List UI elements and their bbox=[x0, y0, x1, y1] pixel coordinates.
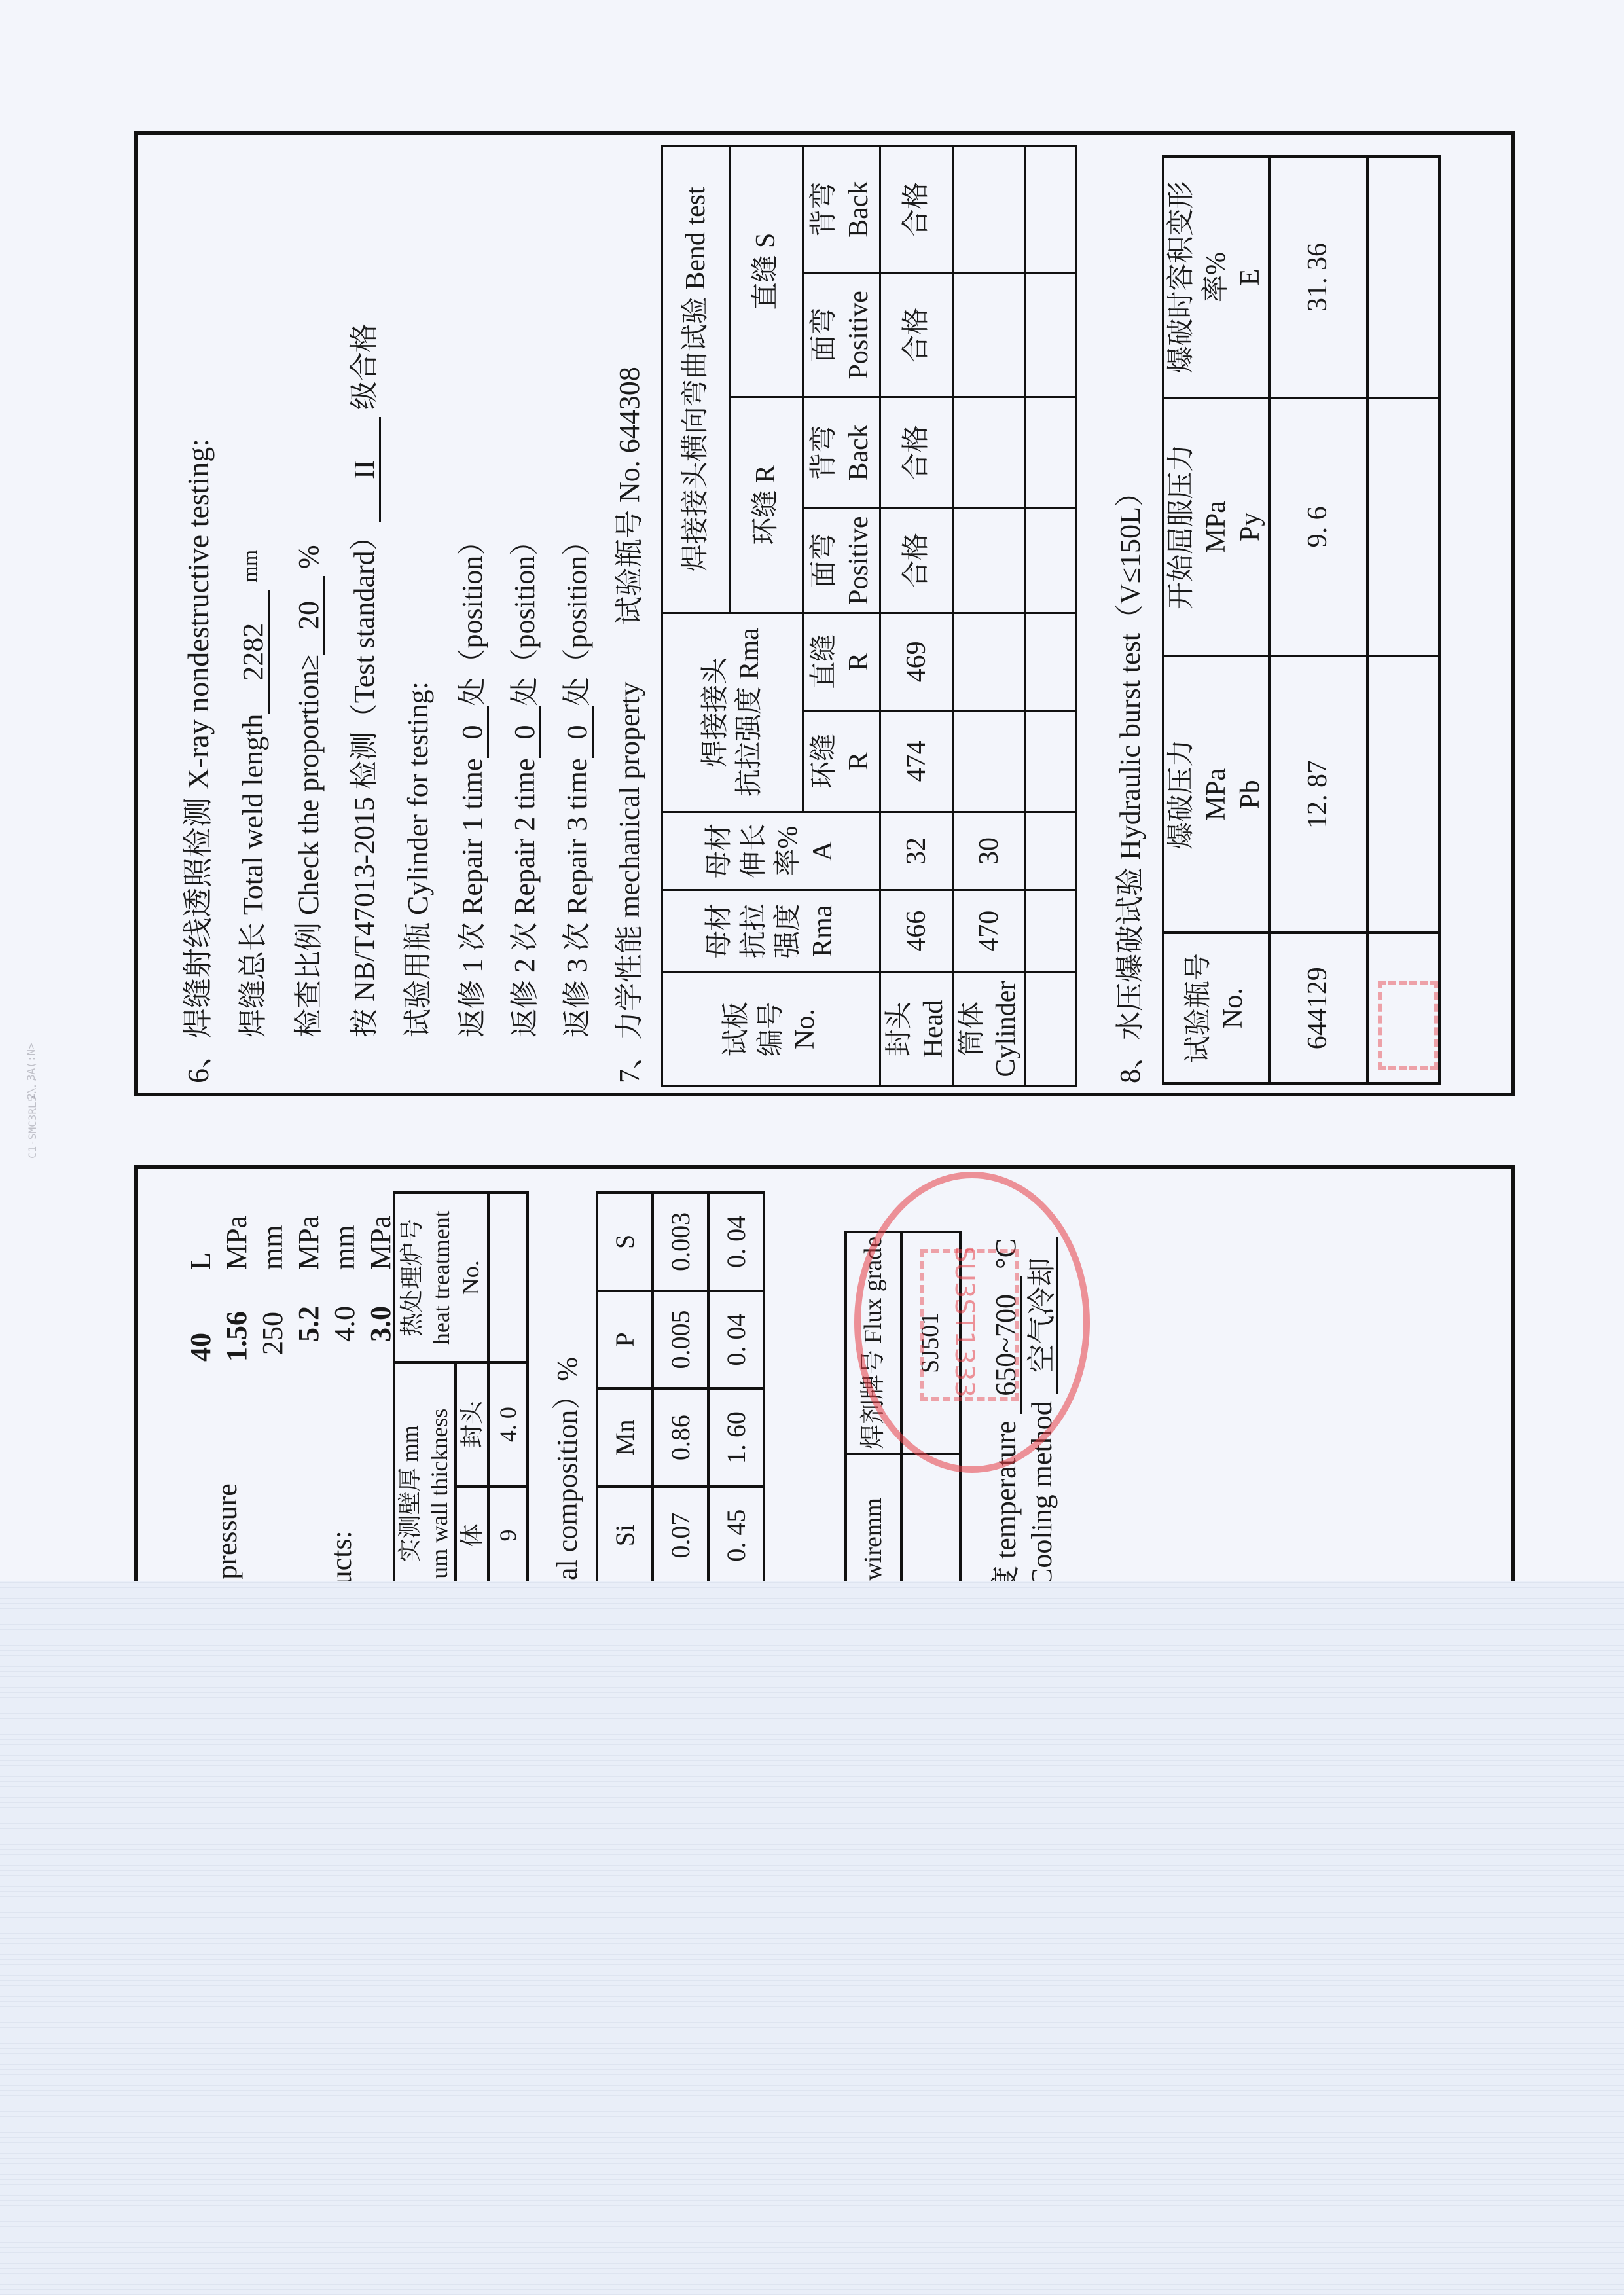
upper-page: 6、焊缝射线透照检测 X-ray nondestructive testing:… bbox=[134, 131, 1515, 1096]
cell-ring-back bbox=[1026, 397, 1076, 509]
wall-thickness-table: 实测壁厚 mm um wall thickness 热处理炉号 heat tre… bbox=[393, 1191, 529, 1581]
hdr-line: Positive bbox=[842, 274, 876, 396]
spec-value-diameter: 250 bbox=[259, 1312, 287, 1355]
cell-burst-pressure: 12. 87 bbox=[1269, 656, 1367, 933]
hdr-line: 伸长 bbox=[737, 813, 772, 890]
hdr-line: 背弯 bbox=[807, 147, 842, 272]
standard-label: 按 NB/T47013-2015 检测（Test standard） bbox=[348, 522, 380, 1038]
hdr-line: 开始屈服压力 bbox=[1164, 399, 1199, 655]
hdr-line: E bbox=[1233, 158, 1268, 397]
cell-yield-pressure: 9. 6 bbox=[1269, 398, 1367, 656]
cell-joint-r: 474 bbox=[880, 711, 953, 812]
cell-joint-s bbox=[953, 613, 1026, 711]
repair-row-3: 返修 3 次 Repair 3 time0处（position） bbox=[563, 527, 594, 1038]
spec-value-thickness: 4.0 bbox=[331, 1306, 359, 1342]
ghost-text-2: C1-SMC3RL5... bbox=[26, 1077, 39, 1159]
cell-line: 封头 bbox=[882, 973, 917, 1085]
chemical-composition-label: mical composition）% bbox=[553, 1357, 582, 1581]
header-bend-straight: 直缝 S bbox=[729, 146, 803, 397]
hdr-line: Positive bbox=[842, 509, 876, 612]
standard-suffix: 级合格 bbox=[348, 323, 380, 410]
hdr-line: 试板 bbox=[719, 973, 754, 1085]
table-row: 筒体Cylinder 470 30 bbox=[953, 146, 1026, 1087]
cell-ring-back bbox=[953, 397, 1026, 509]
repair-2-suffix: 处（position） bbox=[509, 527, 541, 706]
cell-volume-deformation bbox=[1367, 156, 1439, 398]
spec-value-test-pressure: 5.2 bbox=[295, 1306, 323, 1342]
hdr-line: Rma bbox=[806, 891, 840, 971]
hdr-line: A bbox=[806, 813, 840, 890]
hdr-line: R bbox=[842, 712, 876, 811]
hdr-line: 强度 bbox=[771, 891, 806, 971]
hdr-line: MPa bbox=[1199, 657, 1234, 932]
header-p: P bbox=[597, 1291, 653, 1389]
repair-3-suffix: 处（position） bbox=[561, 527, 593, 706]
section7-title: 7、力学性能 mechanical property bbox=[615, 682, 644, 1083]
repair-1-value: 0 bbox=[458, 706, 489, 759]
header-straight-back: 背弯Back bbox=[803, 146, 880, 273]
hdr-line: 热处理炉号 bbox=[397, 1194, 427, 1361]
weld-length-value: 2282 bbox=[239, 590, 270, 714]
repair-3-value: 0 bbox=[563, 706, 594, 759]
header-base-tensile: 母材 抗拉 强度 Rma bbox=[662, 890, 880, 972]
hydraulic-burst-table: 试验瓶号No. 爆破压力MPaPb 开始屈服压力MPaPy 爆破时容积变形率%E… bbox=[1162, 155, 1441, 1085]
header-bend-test: 焊接接头横向弯曲试验 Bend test bbox=[662, 146, 730, 613]
col-head: 封头 bbox=[456, 1362, 488, 1486]
table-row bbox=[1026, 146, 1076, 1087]
hdr-line: MPa bbox=[1199, 399, 1234, 655]
header-straight-positive: 面弯Positive bbox=[803, 273, 880, 397]
hdr-line: 抗拉 bbox=[737, 891, 772, 971]
cell-burst-pressure bbox=[1367, 656, 1439, 933]
spec-value-working-pressure: 1.56 bbox=[223, 1311, 251, 1362]
cell-joint-r bbox=[953, 711, 1026, 812]
cell-straight-back bbox=[953, 146, 1026, 273]
hdr-line: 爆破时容积变形 bbox=[1164, 158, 1199, 397]
hdr-line: 面弯 bbox=[807, 274, 842, 396]
hdr-line: 实测壁厚 mm bbox=[395, 1364, 425, 1581]
proportion-label: 检查比例 Check the proportion≥ bbox=[293, 655, 325, 1038]
cell-line: Cylinder bbox=[989, 973, 1024, 1085]
header-base-elongation: 母材 伸长 率% A bbox=[662, 812, 880, 890]
cell-straight-positive: 合格 bbox=[880, 273, 953, 397]
cell-mn: 0.86 bbox=[653, 1388, 708, 1487]
hdr-line: 直缝 bbox=[807, 614, 842, 710]
hdr-line: 爆破压力 bbox=[1164, 657, 1199, 932]
scanned-document: 6、焊缝射线透照检测 X-ray nondestructive testing:… bbox=[0, 0, 1624, 1581]
products-label: roducts: bbox=[327, 1530, 356, 1581]
cell-bottle-no: 644129 bbox=[1269, 933, 1367, 1083]
hdr-line: 率% bbox=[771, 813, 806, 890]
cell-base-rma: 470 bbox=[953, 890, 1026, 972]
proportion-value: 20 bbox=[295, 576, 325, 655]
hdr-line: 编号 bbox=[754, 973, 789, 1085]
cell-p: 0. 04 bbox=[708, 1291, 764, 1389]
mechanical-property-table: 试板 编号 No. 母材 抗拉 强度 Rma 母材 伸长 率% A 焊接 bbox=[661, 145, 1077, 1087]
repair-1-suffix: 处（position） bbox=[456, 527, 488, 706]
repair-row-2: 返修 2 次 Repair 2 time0处（position） bbox=[511, 527, 541, 1038]
cell-joint-s: 469 bbox=[880, 613, 953, 711]
spec-unit-diameter: mm bbox=[259, 1225, 287, 1270]
table-row: 0.07 0.86 0.005 0.003 bbox=[653, 1193, 708, 1581]
hdr-line: Back bbox=[842, 398, 876, 507]
spec-value-volume: 40 bbox=[187, 1333, 215, 1362]
cell-si: 0.07 bbox=[653, 1487, 708, 1581]
cell-volume-deformation: 31. 36 bbox=[1269, 156, 1367, 398]
header-si: Si bbox=[597, 1487, 653, 1581]
row-name bbox=[1026, 972, 1076, 1087]
cell-wire bbox=[901, 1454, 960, 1581]
header-burst-pressure: 爆破压力MPaPb bbox=[1163, 656, 1269, 933]
chemical-composition-table: Si Mn P S 0.07 0.86 0.005 0.003 0. 45 1.… bbox=[596, 1191, 765, 1581]
hdr-line: R bbox=[842, 614, 876, 710]
proportion-unit: % bbox=[293, 545, 325, 569]
hdr-line: No. bbox=[456, 1194, 486, 1361]
hdr-line: 背弯 bbox=[807, 398, 842, 507]
table-row: 644129 12. 87 9. 6 31. 36 bbox=[1269, 156, 1367, 1083]
hdr-line: Back bbox=[842, 147, 876, 272]
cylinder-for-testing: 试验用瓶 Cylinder for testing: bbox=[404, 681, 433, 1038]
header-wall-thickness: 实测壁厚 mm um wall thickness bbox=[394, 1362, 456, 1581]
header-specimen-no: 试板 编号 No. bbox=[662, 972, 880, 1087]
hdr-line: 试验瓶号 bbox=[1182, 934, 1216, 1082]
spec-unit-thickness: mm bbox=[331, 1225, 359, 1270]
header-yield-pressure: 开始屈服压力MPaPy bbox=[1163, 398, 1269, 656]
cell-line: Head bbox=[916, 973, 951, 1085]
weld-length-unit: mm bbox=[238, 550, 261, 583]
section7-bottle-no: 试验瓶号 No. 644308 bbox=[615, 367, 644, 625]
hdr-line: 焊接接头 bbox=[698, 614, 733, 811]
header-bend-ring: 环缝 R bbox=[729, 397, 803, 613]
col-cylinder: 体 bbox=[456, 1487, 488, 1581]
cell-s: 0.003 bbox=[653, 1193, 708, 1291]
repair-1-label: 返修 1 次 Repair 1 time bbox=[456, 759, 488, 1038]
spec-unit-working-pressure: MPa bbox=[223, 1216, 251, 1270]
cell-base-a bbox=[1026, 812, 1076, 890]
spec-unit-volume: L bbox=[187, 1252, 215, 1270]
cell-straight-positive bbox=[953, 273, 1026, 397]
repair-2-value: 0 bbox=[511, 706, 541, 759]
header-ring-positive: 面弯Positive bbox=[803, 508, 880, 613]
hdr-line: 环缝 bbox=[807, 712, 842, 811]
hdr-line: No. bbox=[788, 973, 823, 1085]
header-heat-treatment: 热处理炉号 heat treatment No. bbox=[394, 1193, 488, 1362]
hdr-line: heat treatment bbox=[427, 1194, 456, 1361]
weld-length-row: 焊缝总长 Total weld length2282 mm bbox=[239, 550, 270, 1038]
cell-ring-positive bbox=[953, 508, 1026, 613]
proportion-row: 检查比例 Check the proportion≥20 % bbox=[295, 545, 325, 1038]
table-row bbox=[1367, 156, 1439, 1083]
section8-title: 8、水压爆破试验 Hydraulic burst test（V≤150L） bbox=[1116, 478, 1145, 1083]
header-joint-tensile: 焊接接头 抗拉强度 Rma bbox=[662, 613, 803, 812]
weld-length-label: 焊缝总长 Total weld length bbox=[237, 714, 269, 1038]
cell-base-rma: 466 bbox=[880, 890, 953, 972]
header-ring-back: 背弯Back bbox=[803, 397, 880, 509]
hdr-line: 面弯 bbox=[807, 509, 842, 612]
lower-page: ing pressure ure roducts: 40 L 1.56 MPa … bbox=[134, 1165, 1515, 1581]
spec-unit-test-pressure: MPa bbox=[295, 1216, 323, 1270]
header-mn: Mn bbox=[597, 1388, 653, 1487]
table-row: 封头Head 466 32 474 469 合格 合格 合格 合格 bbox=[880, 146, 953, 1087]
standard-row: 按 NB/T47013-2015 检测（Test standard）II 级合格 bbox=[350, 323, 381, 1038]
cell-base-a: 32 bbox=[880, 812, 953, 890]
header-volume-deformation: 爆破时容积变形率%E bbox=[1163, 156, 1269, 398]
hdr-line: um wall thickness bbox=[425, 1364, 454, 1581]
table-row: 0. 45 1. 60 0. 04 0. 04 bbox=[708, 1193, 764, 1581]
section6-title: 6、焊缝射线透照检测 X-ray nondestructive testing: bbox=[183, 439, 213, 1083]
hdr-line: 抗拉强度 Rma bbox=[732, 614, 767, 811]
hdr-line: 母材 bbox=[702, 813, 737, 890]
cell-joint-r bbox=[1026, 711, 1076, 812]
cell-ring-positive: 合格 bbox=[880, 508, 953, 613]
cell-ring-back: 合格 bbox=[880, 397, 953, 509]
standard-grade: II bbox=[350, 417, 381, 522]
cell-ring-positive bbox=[1026, 508, 1076, 613]
repair-3-label: 返修 3 次 Repair 3 time bbox=[561, 759, 593, 1038]
header-joint-straight: 直缝R bbox=[803, 613, 880, 711]
cell-base-a: 30 bbox=[953, 812, 1026, 890]
hdr-line: 率% bbox=[1199, 158, 1234, 397]
blank-scan-area bbox=[0, 1581, 1624, 2295]
cell-cylinder-thickness: 9 bbox=[488, 1487, 528, 1581]
header-s: S bbox=[597, 1193, 653, 1291]
repair-2-label: 返修 2 次 Repair 2 time bbox=[509, 759, 541, 1038]
table-row: 9 4. 0 bbox=[488, 1193, 528, 1581]
hdr-line: Pb bbox=[1233, 657, 1268, 932]
square-seal bbox=[1378, 981, 1438, 1070]
cell-mn: 1. 60 bbox=[708, 1388, 764, 1487]
header-bottle-no: 试验瓶号No. bbox=[1163, 933, 1269, 1083]
hdr-line: No. bbox=[1216, 934, 1251, 1082]
spec-value-airtight: 3.0 bbox=[367, 1306, 395, 1342]
cell-s: 0. 04 bbox=[708, 1193, 764, 1291]
row-name: 封头Head bbox=[880, 972, 953, 1087]
cell-straight-positive bbox=[1026, 273, 1076, 397]
header-wire: wiremm bbox=[846, 1454, 901, 1581]
cell-heat-treatment-no bbox=[488, 1193, 528, 1362]
cell-straight-back bbox=[1026, 146, 1076, 273]
company-seal-code: SU3ST1333 bbox=[949, 1246, 979, 1398]
hdr-line: 母材 bbox=[702, 891, 737, 971]
spec-label-1: ing pressure bbox=[213, 1483, 242, 1581]
cell-straight-back: 合格 bbox=[880, 146, 953, 273]
cell-si: 0. 45 bbox=[708, 1487, 764, 1581]
cell-base-rma bbox=[1026, 890, 1076, 972]
repair-row-1: 返修 1 次 Repair 1 time0处（position） bbox=[458, 527, 489, 1038]
cell-joint-s bbox=[1026, 613, 1076, 711]
cell-p: 0.005 bbox=[653, 1291, 708, 1389]
cell-line: 筒体 bbox=[955, 973, 990, 1085]
cell-head-thickness: 4. 0 bbox=[488, 1362, 528, 1486]
hdr-line: Py bbox=[1233, 399, 1268, 655]
cell-yield-pressure bbox=[1367, 398, 1439, 656]
header-joint-ring: 环缝R bbox=[803, 711, 880, 812]
spec-unit-airtight: MPa bbox=[367, 1216, 395, 1270]
row-name: 筒体Cylinder bbox=[953, 972, 1026, 1087]
